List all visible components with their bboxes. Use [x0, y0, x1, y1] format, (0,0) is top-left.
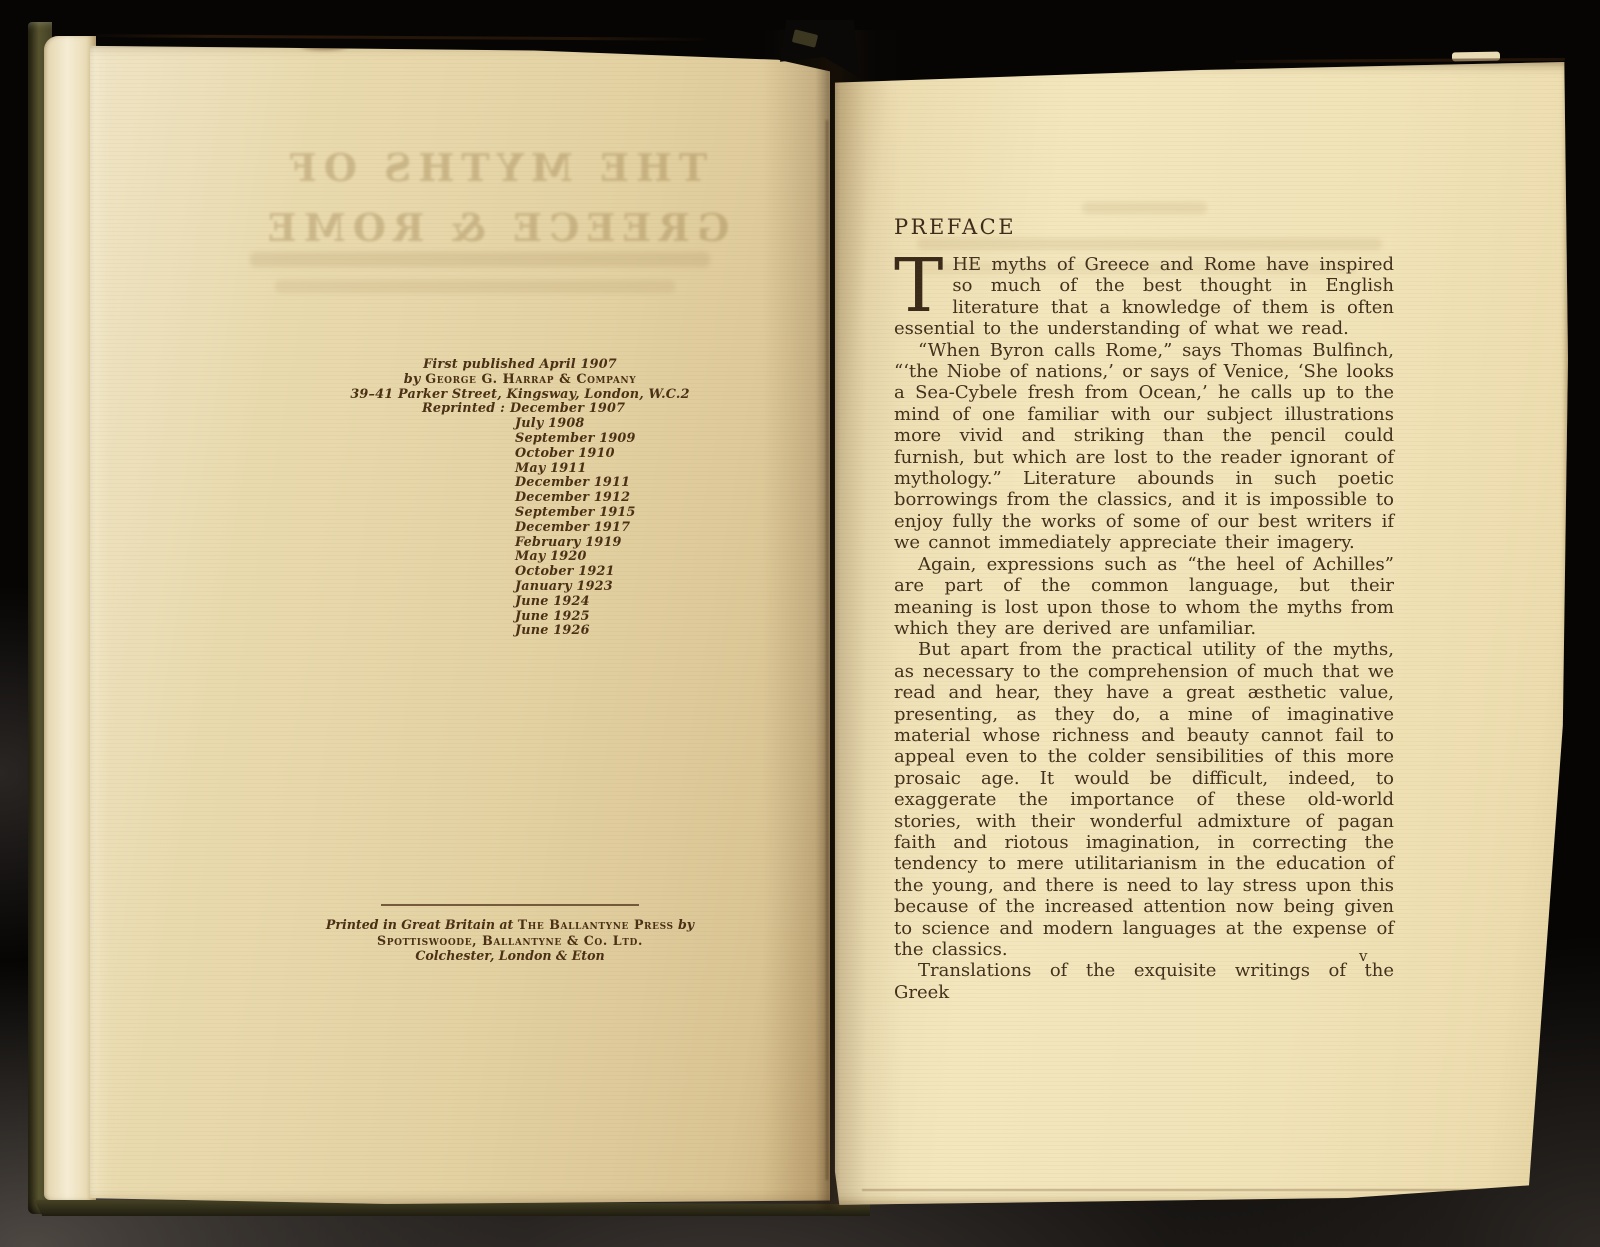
left-page-top-edge-line	[96, 34, 706, 41]
paragraph: “When Byron calls Rome,” says Thomas Bul…	[894, 340, 1394, 554]
reprint-date: October 1910	[515, 447, 710, 462]
reprint-date: September 1909	[515, 432, 710, 447]
left-page: THE MYTHS OF GREECE & ROME First publish…	[90, 40, 830, 1204]
reprint-date: July 1908	[515, 417, 710, 432]
reprint-date: June 1925	[515, 610, 710, 625]
foxing-spot	[300, 40, 348, 50]
printed-prefix: Printed in Great Britain at	[326, 917, 518, 932]
reprint-date: February 1919	[515, 536, 710, 551]
reprint-date: May 1911	[515, 462, 710, 477]
reprint-date: June 1926	[515, 624, 710, 639]
reprint-date-list: July 1908September 1909October 1910May 1…	[510, 417, 710, 639]
publisher-address: 39–41 Parker Street, Kingsway, London, W…	[330, 388, 710, 403]
show-through-title: THE MYTHS OF GREECE & ROME	[145, 138, 845, 258]
page-number: v	[1359, 947, 1367, 965]
colophon-block: Printed in Great Britain at The Ballanty…	[220, 904, 800, 964]
page-curl-crease	[862, 1189, 1482, 1191]
reprint-date: December 1912	[515, 491, 710, 506]
publisher-line: by George G. Harrap & Company	[330, 373, 710, 388]
reprint-date: January 1923	[515, 580, 710, 595]
show-through-line: GREECE & ROME	[145, 198, 845, 258]
drop-cap: T	[894, 258, 943, 318]
paragraph: But apart from the practical utility of …	[894, 639, 1394, 960]
reprint-date: December 1907	[510, 402, 625, 417]
publisher-name: George G. Harrap & Company	[425, 372, 636, 387]
reprint-date: May 1920	[515, 550, 710, 565]
reprint-date: September 1915	[515, 506, 710, 521]
show-through-line: THE MYTHS OF	[145, 138, 845, 198]
colophon-line-3: Colchester, London & Eton	[220, 948, 800, 964]
paragraph: Translations of the exquisite writings o…	[894, 960, 1394, 1003]
preface-text-block: PREFACE THE myths of Greece and Rome hav…	[894, 214, 1394, 1003]
right-page: PREFACE THE myths of Greece and Rome hav…	[832, 62, 1568, 1206]
opening-paragraph: THE myths of Greece and Rome have inspir…	[894, 254, 1394, 340]
opening-paragraph-text: HE myths of Greece and Rome have inspire…	[894, 254, 1394, 339]
press-name: The Ballantyne Press	[518, 917, 674, 932]
right-page-top-edge-line	[1235, 58, 1565, 63]
colophon-line-1: Printed in Great Britain at The Ballanty…	[220, 917, 800, 933]
imprint-block: First published April 1907 by George G. …	[330, 358, 710, 639]
reprint-date: December 1917	[515, 521, 710, 536]
book-photo: THE MYTHS OF GREECE & ROME First publish…	[0, 0, 1600, 1247]
show-through-smudge	[275, 280, 675, 293]
reprinted-row: Reprinted : December 1907	[330, 402, 710, 417]
reprint-date: October 1921	[515, 565, 710, 580]
reprint-date: June 1924	[515, 595, 710, 610]
preface-heading: PREFACE	[894, 214, 1394, 240]
reprint-date: December 1911	[515, 476, 710, 491]
first-published-line: First published April 1907	[330, 358, 710, 373]
page-fore-edge-stack	[44, 36, 96, 1200]
printed-suffix: by	[674, 917, 695, 932]
show-through-smudge	[1082, 202, 1207, 214]
by-prefix: by	[404, 372, 425, 387]
reprinted-label: Reprinted :	[330, 402, 510, 417]
colophon-rule	[381, 904, 639, 906]
foxing-spot	[688, 44, 710, 51]
paragraph: Again, expressions such as “the heel of …	[894, 554, 1394, 640]
colophon-line-2: Spottiswoode, Ballantyne & Co. Ltd.	[220, 933, 800, 949]
gutter-crease-line	[826, 120, 828, 1180]
